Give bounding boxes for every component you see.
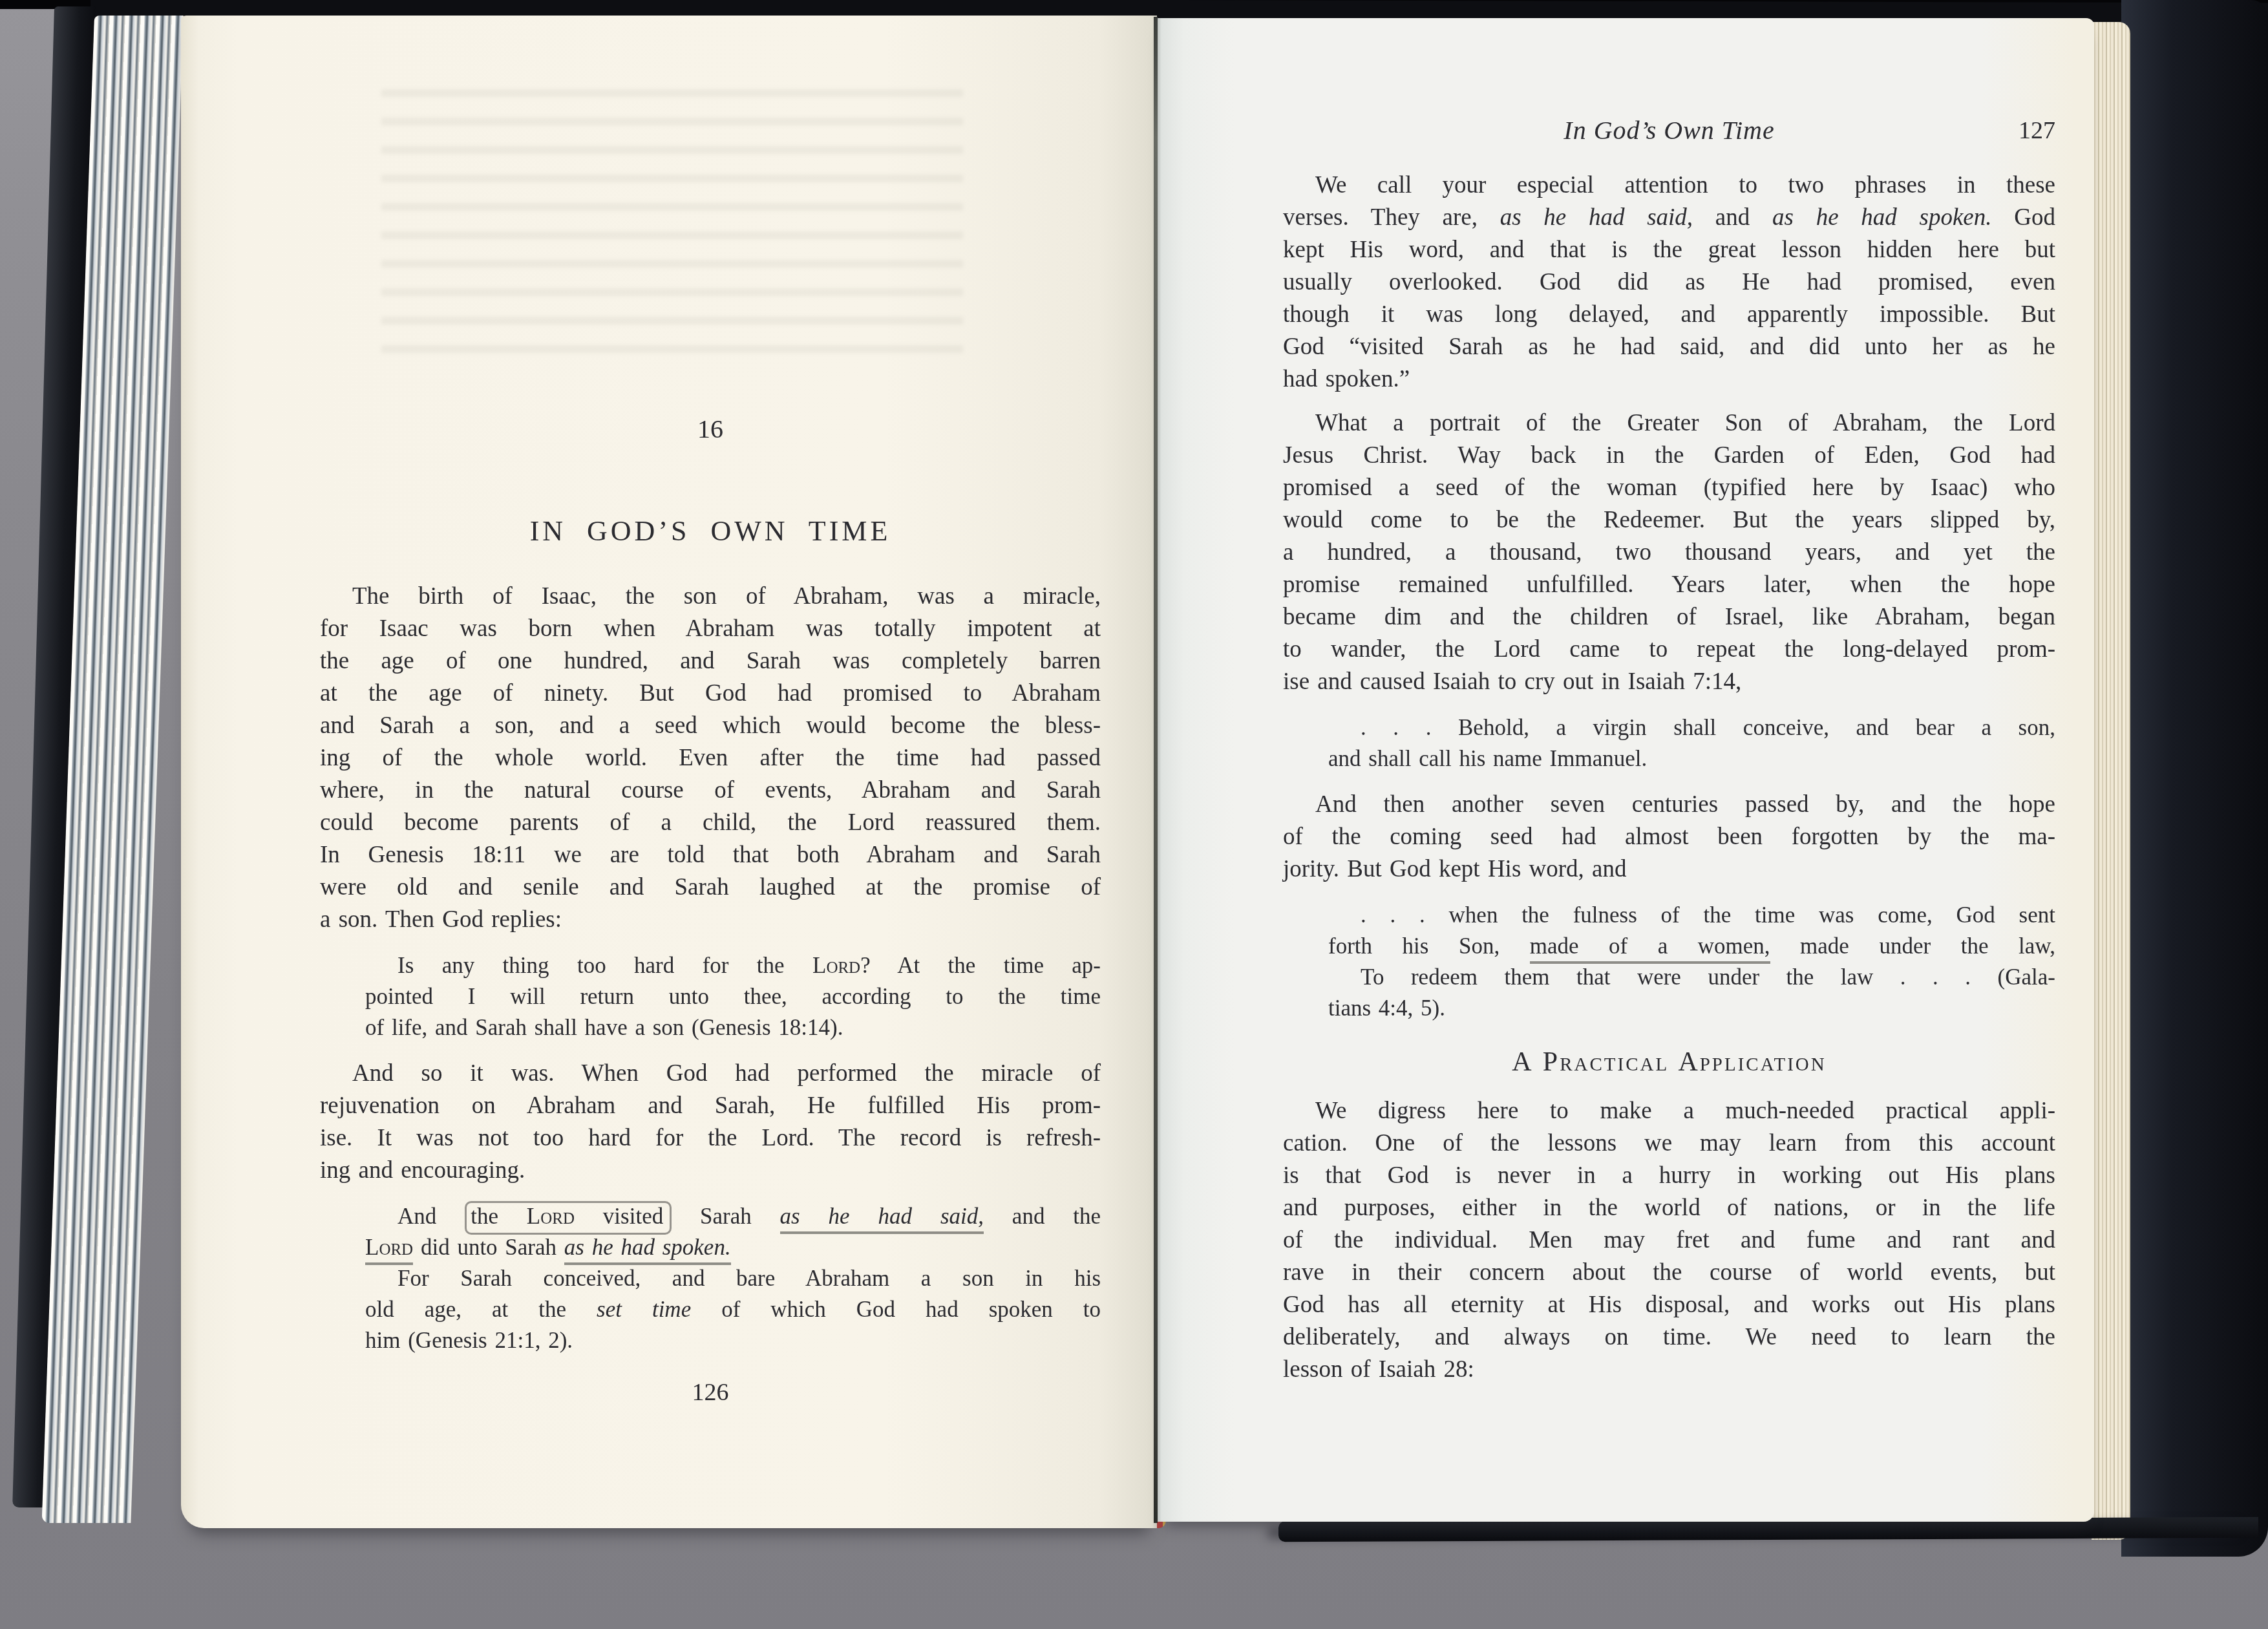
text-run: ing of the whole world. Even after the t… (320, 745, 1101, 771)
pencil-underlined-word: Lord (365, 1235, 413, 1265)
text-run: of life, and Sarah shall have a son (Gen… (365, 1015, 843, 1040)
text-run: Jesus Christ. Way back in the Garden of … (1283, 442, 2055, 469)
text-run: promise remained unfulfilled. Years late… (1283, 571, 2055, 598)
text-run: usually overlooked. God did as He had pr… (1283, 269, 2055, 295)
text-line: To redeem them that were under the law .… (1328, 962, 2055, 993)
text-run: the (471, 1204, 527, 1229)
text-run: A Practical Application (1512, 1047, 1826, 1077)
text-run: jority. But God kept His word, and (1283, 856, 1627, 882)
text-line: the age of one hundred, and Sarah was co… (320, 645, 1101, 677)
right-page-fanned-edges (2092, 22, 2130, 1540)
text-run: and Sarah a son, and a seed which would … (320, 712, 1101, 739)
quote-galatians-4-4-5: . . . when the fulness of the time was c… (1283, 900, 2055, 1024)
pencil-underlined-phrase: made of a women, (1530, 933, 1770, 964)
text-line: ise and caused Isaiah to cry out in Isai… (1283, 666, 2055, 698)
text-run: of which God had spoken to (691, 1297, 1101, 1322)
left-page: 16 IN GOD’S OWN TIME The birth of Isaac,… (181, 16, 1157, 1528)
text-run: And then another seven centuries passed … (1315, 791, 2055, 818)
paragraph-greater-son: What a portrait of the Greater Son of Ab… (1283, 407, 2055, 698)
right-page-text-column: We call your especial attention to two p… (1283, 169, 2055, 1386)
text-run: tians 4:4, 5). (1328, 995, 1445, 1021)
text-line: lesson of Isaiah 28: (1283, 1354, 2055, 1386)
text-line: of the coming seed had almost been forgo… (1283, 821, 2055, 853)
text-run: of the coming seed had almost been forgo… (1283, 824, 2055, 850)
text-run: God (1992, 204, 2055, 231)
book-gutter-shadow (1154, 17, 1158, 1523)
text-run: kept His word, and that is the great les… (1283, 237, 2055, 263)
text-line: a hundred, a thousand, two thousand year… (1283, 537, 2055, 569)
paragraph-digress: We digress here to make a much-needed pr… (1283, 1095, 2055, 1386)
text-run: Lord (527, 1204, 575, 1229)
text-run: visited (575, 1204, 663, 1229)
text-run: ing and encouraging. (320, 1157, 525, 1184)
text-run: And so it was. When God had performed th… (352, 1060, 1101, 1087)
text-line: tians 4:4, 5). (1328, 993, 2055, 1024)
text-run: pointed I will return unto thee, accordi… (365, 984, 1101, 1009)
text-line: him (Genesis 21:1, 2). (365, 1325, 1101, 1356)
text-line: at the age of ninety. But God had promis… (320, 677, 1101, 710)
text-line: God has all eternity at His disposal, an… (1283, 1289, 2055, 1321)
text-run: Sarah (672, 1204, 779, 1229)
text-run: were old and senile and Sarah laughed at… (320, 874, 1101, 900)
text-line: ise. It was not too hard for the Lord. T… (320, 1122, 1101, 1155)
page-number-right: 127 (1945, 116, 2055, 145)
text-line: A Practical Application (1283, 1046, 2055, 1078)
text-run: To redeem them that were under the law .… (1361, 964, 2055, 990)
text-line: forth his Son, made of a women, made und… (1328, 931, 2055, 962)
text-run: Lord (812, 953, 860, 978)
text-run: forth his Son, (1328, 933, 1530, 959)
text-line: of life, and Sarah shall have a son (Gen… (365, 1012, 1101, 1043)
quote-genesis-21-1-2: And the Lord visited Sarah as he had sai… (320, 1201, 1101, 1356)
text-line: to wander, the Lord came to repeat the l… (1283, 633, 2055, 666)
pencil-underlined-phrase: as he had spoken. (564, 1235, 731, 1265)
text-line: rejuvenation on Abraham and Sarah, He fu… (320, 1090, 1101, 1122)
text-line: . . . Behold, a virgin shall conceive, a… (1328, 712, 2055, 743)
text-line: ing and encouraging. (320, 1155, 1101, 1187)
text-run: verses. They are, (1283, 204, 1500, 231)
paragraph-two-phrases: We call your especial attention to two p… (1283, 169, 2055, 396)
text-run: . . . Behold, a virgin shall conceive, a… (1361, 715, 2055, 740)
text-line: deliberately, and always on time. We nee… (1283, 1321, 2055, 1354)
quote-genesis-18-14: Is any thing too hard for the Lord? At t… (320, 950, 1101, 1043)
text-line: a son. Then God replies: (320, 904, 1101, 936)
text-line: Lord did unto Sarah as he had spoken. (365, 1232, 1101, 1263)
text-line: cation. One of the lessons we may learn … (1283, 1127, 2055, 1160)
right-page: In God’s Own Time 127 We call your espec… (1157, 18, 2094, 1522)
text-run: and the (984, 1204, 1101, 1229)
text-line: were old and senile and Sarah laughed at… (320, 871, 1101, 904)
text-run: For Sarah conceived, and bare Abraham a … (397, 1266, 1101, 1291)
text-line: The birth of Isaac, the son of Abraham, … (320, 580, 1101, 613)
text-run: and purposes, either in the world of nat… (1283, 1195, 2055, 1221)
running-head: In God’s Own Time (1283, 115, 2055, 145)
paragraph-and-so-it-was: And so it was. When God had performed th… (320, 1058, 1101, 1187)
text-run: would come to be the Redeemer. But the y… (1283, 507, 2055, 533)
text-line: And the Lord visited Sarah as he had sai… (365, 1201, 1101, 1232)
text-line: . . . when the fulness of the time was c… (1328, 900, 2055, 931)
text-run: What a portrait of the Greater Son of Ab… (1315, 410, 2055, 436)
text-run: lesson of Isaiah 28: (1283, 1356, 1474, 1383)
text-run: The birth of Isaac, the son of Abraham, … (352, 583, 1101, 610)
text-run: to wander, the Lord came to repeat the l… (1283, 636, 2055, 663)
text-line: And so it was. When God had performed th… (320, 1058, 1101, 1090)
text-line: for Isaac was born when Abraham was tota… (320, 613, 1101, 645)
chapter-number: 16 (320, 414, 1101, 444)
text-line: and shall call his name Immanuel. (1328, 743, 2055, 774)
text-run: of the individual. Men may fret and fume… (1283, 1227, 2055, 1253)
text-run: ise. It was not too hard for the Lord. T… (320, 1125, 1101, 1151)
text-run: a hundred, a thousand, two thousand year… (1283, 539, 2055, 566)
text-run: at the age of ninety. But God had promis… (320, 680, 1101, 707)
text-run: him (Genesis 21:1, 2). (365, 1328, 573, 1353)
text-run: as he had spoken. (1772, 204, 1992, 231)
left-page-text-column: The birth of Isaac, the son of Abraham, … (320, 580, 1101, 1370)
text-line: ing of the whole world. Even after the t… (320, 742, 1101, 774)
text-run: cation. One of the lessons we may learn … (1283, 1130, 2055, 1156)
book-cover-right (2121, 0, 2268, 1557)
text-run: made under the law, (1770, 933, 2055, 959)
text-run: the age of one hundred, and Sarah was co… (320, 648, 1101, 674)
text-run: And (397, 1204, 465, 1229)
text-line: For Sarah conceived, and bare Abraham a … (365, 1263, 1101, 1294)
text-line: became dim and the children of Israel, l… (1283, 601, 2055, 633)
text-line: promise remained unfulfilled. Years late… (1283, 569, 2055, 601)
text-line: where, in the natural course of events, … (320, 774, 1101, 807)
text-run: as he had said, (1500, 204, 1693, 231)
text-line: verses. They are, as he had said, and as… (1283, 202, 2055, 234)
text-run: a son. Then God replies: (320, 906, 562, 933)
page-number-left: 126 (320, 1378, 1101, 1407)
section-heading-practical-application: A Practical Application (1283, 1046, 2055, 1078)
text-line: And then another seven centuries passed … (1283, 789, 2055, 821)
text-line: would come to be the Redeemer. But the y… (1283, 504, 2055, 537)
text-line: promised a seed of the woman (typified h… (1283, 472, 2055, 504)
text-run: set time (597, 1297, 691, 1322)
text-run: promised a seed of the woman (typified h… (1283, 474, 2055, 501)
text-line: had spoken.” (1283, 363, 2055, 396)
text-run: rejuvenation on Abraham and Sarah, He fu… (320, 1092, 1101, 1119)
text-run: though it was long delayed, and apparent… (1283, 301, 2055, 328)
text-run: rave in their concern about the course o… (1283, 1259, 2055, 1286)
text-run: . . . when the fulness of the time was c… (1361, 902, 2055, 928)
text-line: usually overlooked. God did as He had pr… (1283, 266, 2055, 299)
text-line: pointed I will return unto thee, accordi… (365, 981, 1101, 1012)
showthrough-ghost-text (381, 80, 963, 358)
text-run: God has all eternity at His disposal, an… (1283, 1292, 2055, 1318)
text-run: where, in the natural course of events, … (320, 777, 1101, 804)
chapter-title: IN GOD’S OWN TIME (320, 515, 1101, 548)
text-line: We digress here to make a much-needed pr… (1283, 1095, 2055, 1127)
text-run: and shall call his name Immanuel. (1328, 746, 1647, 771)
text-line: In Genesis 18:11 we are told that both A… (320, 839, 1101, 871)
text-line: old age, at the set time of which God ha… (365, 1294, 1101, 1325)
text-run: We digress here to make a much-needed pr… (1315, 1098, 2055, 1124)
text-line: and purposes, either in the world of nat… (1283, 1192, 2055, 1224)
text-line: is that God is never in a hurry in worki… (1283, 1160, 2055, 1192)
text-line: Is any thing too hard for the Lord? At t… (365, 950, 1101, 981)
text-run: ise and caused Isaiah to cry out in Isai… (1283, 668, 1741, 695)
text-line: though it was long delayed, and apparent… (1283, 299, 2055, 331)
text-run: deliberately, and always on time. We nee… (1283, 1324, 2055, 1350)
paragraph-seven-centuries: And then another seven centuries passed … (1283, 789, 2055, 886)
text-line: Jesus Christ. Way back in the Garden of … (1283, 440, 2055, 472)
text-run: God “visited Sarah as he had said, and d… (1283, 334, 2055, 360)
text-run: Is any thing too hard for the (397, 953, 812, 978)
text-run: had spoken.” (1283, 366, 1410, 392)
text-line: What a portrait of the Greater Son of Ab… (1283, 407, 2055, 440)
book-scan: 16 IN GOD’S OWN TIME The birth of Isaac,… (0, 0, 2268, 1629)
text-run: ? At the time ap- (860, 953, 1101, 978)
pencil-boxed-phrase: the Lord visited (465, 1201, 672, 1235)
paragraph-birth-of-isaac: The birth of Isaac, the son of Abraham, … (320, 580, 1101, 936)
text-run: became dim and the children of Israel, l… (1283, 604, 2055, 630)
text-line: rave in their concern about the course o… (1283, 1257, 2055, 1289)
text-run: could become parents of a child, the Lor… (320, 809, 1101, 836)
text-line: kept His word, and that is the great les… (1283, 234, 2055, 266)
text-run: for Isaac was born when Abraham was tota… (320, 615, 1101, 642)
text-run: We call your especial attention to two p… (1315, 172, 2055, 198)
text-run: old age, at the (365, 1297, 597, 1322)
text-line: could become parents of a child, the Lor… (320, 807, 1101, 839)
text-line: We call your especial attention to two p… (1283, 169, 2055, 202)
text-line: of the individual. Men may fret and fume… (1283, 1224, 2055, 1257)
text-line: God “visited Sarah as he had said, and d… (1283, 331, 2055, 363)
text-line: jority. But God kept His word, and (1283, 853, 2055, 886)
text-run: In Genesis 18:11 we are told that both A… (320, 842, 1101, 868)
pencil-underlined-phrase: as he had said, (780, 1204, 984, 1234)
text-run: did unto Sarah (413, 1235, 564, 1260)
text-run: and (1693, 204, 1772, 231)
text-line: and Sarah a son, and a seed which would … (320, 710, 1101, 742)
text-run: is that God is never in a hurry in worki… (1283, 1162, 2055, 1189)
quote-isaiah-7-14: . . . Behold, a virgin shall conceive, a… (1283, 712, 2055, 774)
